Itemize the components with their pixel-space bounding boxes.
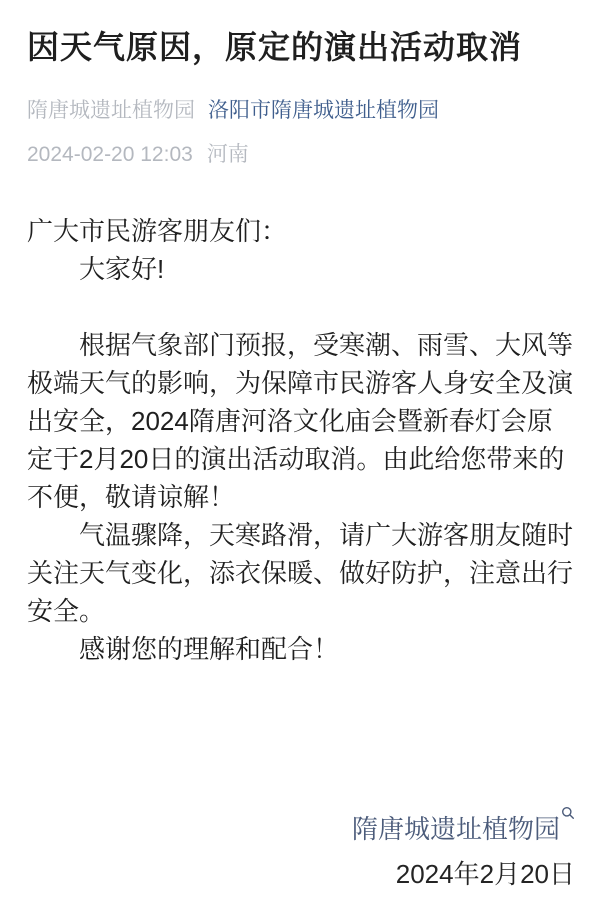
byline: 隋唐城遗址植物园 洛阳市隋唐城遗址植物园 <box>27 99 575 123</box>
article-body: 广大市民游客朋友们： 大家好! 根据气象部门预报，受寒潮、雨雪、大风等极端天气的… <box>27 212 575 668</box>
body-paragraph: 根据气象部门预报，受寒潮、雨雪、大风等极端天气的影响，为保障市民游客人身安全及演… <box>27 326 575 516</box>
signature-name-link[interactable]: 隋唐城遗址植物园 <box>352 810 560 848</box>
publish-datetime: 2024-02-20 12:03 <box>27 143 193 167</box>
article-title: 因天气原因，原定的演出活动取消 <box>27 27 575 67</box>
publish-meta: 2024-02-20 12:03 河南 <box>27 143 575 167</box>
search-icon[interactable] <box>561 806 575 820</box>
source-name: 隋唐城遗址植物园 <box>27 99 195 123</box>
greeting: 大家好! <box>27 250 575 288</box>
signature-block: 隋唐城遗址植物园 2024年2月20日 <box>27 810 575 893</box>
signature-name-row: 隋唐城遗址植物园 <box>352 810 575 848</box>
signature-date: 2024年2月20日 <box>27 855 575 893</box>
body-paragraph: 感谢您的理解和配合！ <box>27 630 575 668</box>
salutation: 广大市民游客朋友们： <box>27 212 575 250</box>
article-page: 因天气原因，原定的演出活动取消 隋唐城遗址植物园 洛阳市隋唐城遗址植物园 202… <box>0 0 600 913</box>
source-account-link[interactable]: 洛阳市隋唐城遗址植物园 <box>208 99 439 123</box>
publish-location: 河南 <box>207 143 249 167</box>
body-paragraph: 气温骤降，天寒路滑，请广大游客朋友随时关注天气变化，添衣保暖、做好防护，注意出行… <box>27 516 575 630</box>
